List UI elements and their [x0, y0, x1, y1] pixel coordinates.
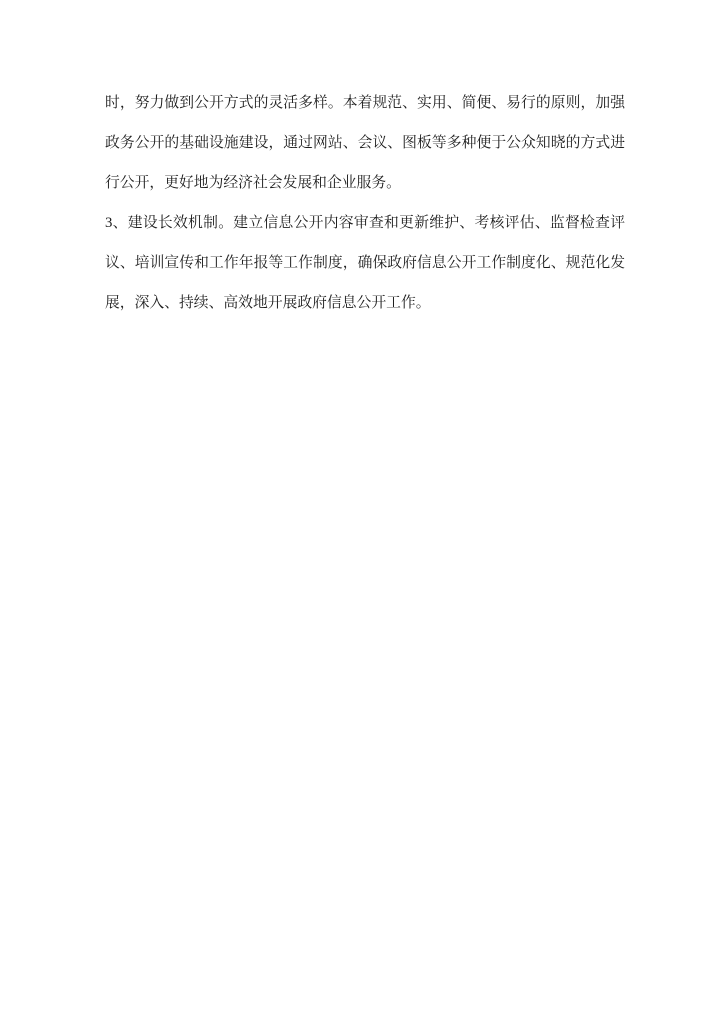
text-line: 时，努力做到公开方式的灵活多样。本着规范、实用、简便、易行的原则，加强 [105, 83, 625, 123]
text-line: 议、培训宣传和工作年报等工作制度，确保政府信息公开工作制度化、规范化发 [105, 243, 625, 283]
document-page: 时，努力做到公开方式的灵活多样。本着规范、实用、简便、易行的原则，加强政务公开的… [0, 0, 721, 1020]
paragraph: 时，努力做到公开方式的灵活多样。本着规范、实用、简便、易行的原则，加强政务公开的… [105, 83, 625, 203]
text-line: 行公开，更好地为经济社会发展和企业服务。 [105, 163, 625, 203]
paragraph: 3、建设长效机制。建立信息公开内容审查和更新维护、考核评估、监督检查评议、培训宣… [105, 203, 625, 323]
document-text-block: 时，努力做到公开方式的灵活多样。本着规范、实用、简便、易行的原则，加强政务公开的… [105, 83, 625, 323]
text-line: 政务公开的基础设施建设，通过网站、会议、图板等多种便于公众知晓的方式进 [105, 123, 625, 163]
text-line: 3、建设长效机制。建立信息公开内容审查和更新维护、考核评估、监督检查评 [105, 203, 625, 243]
text-line: 展，深入、持续、高效地开展政府信息公开工作。 [105, 283, 625, 323]
